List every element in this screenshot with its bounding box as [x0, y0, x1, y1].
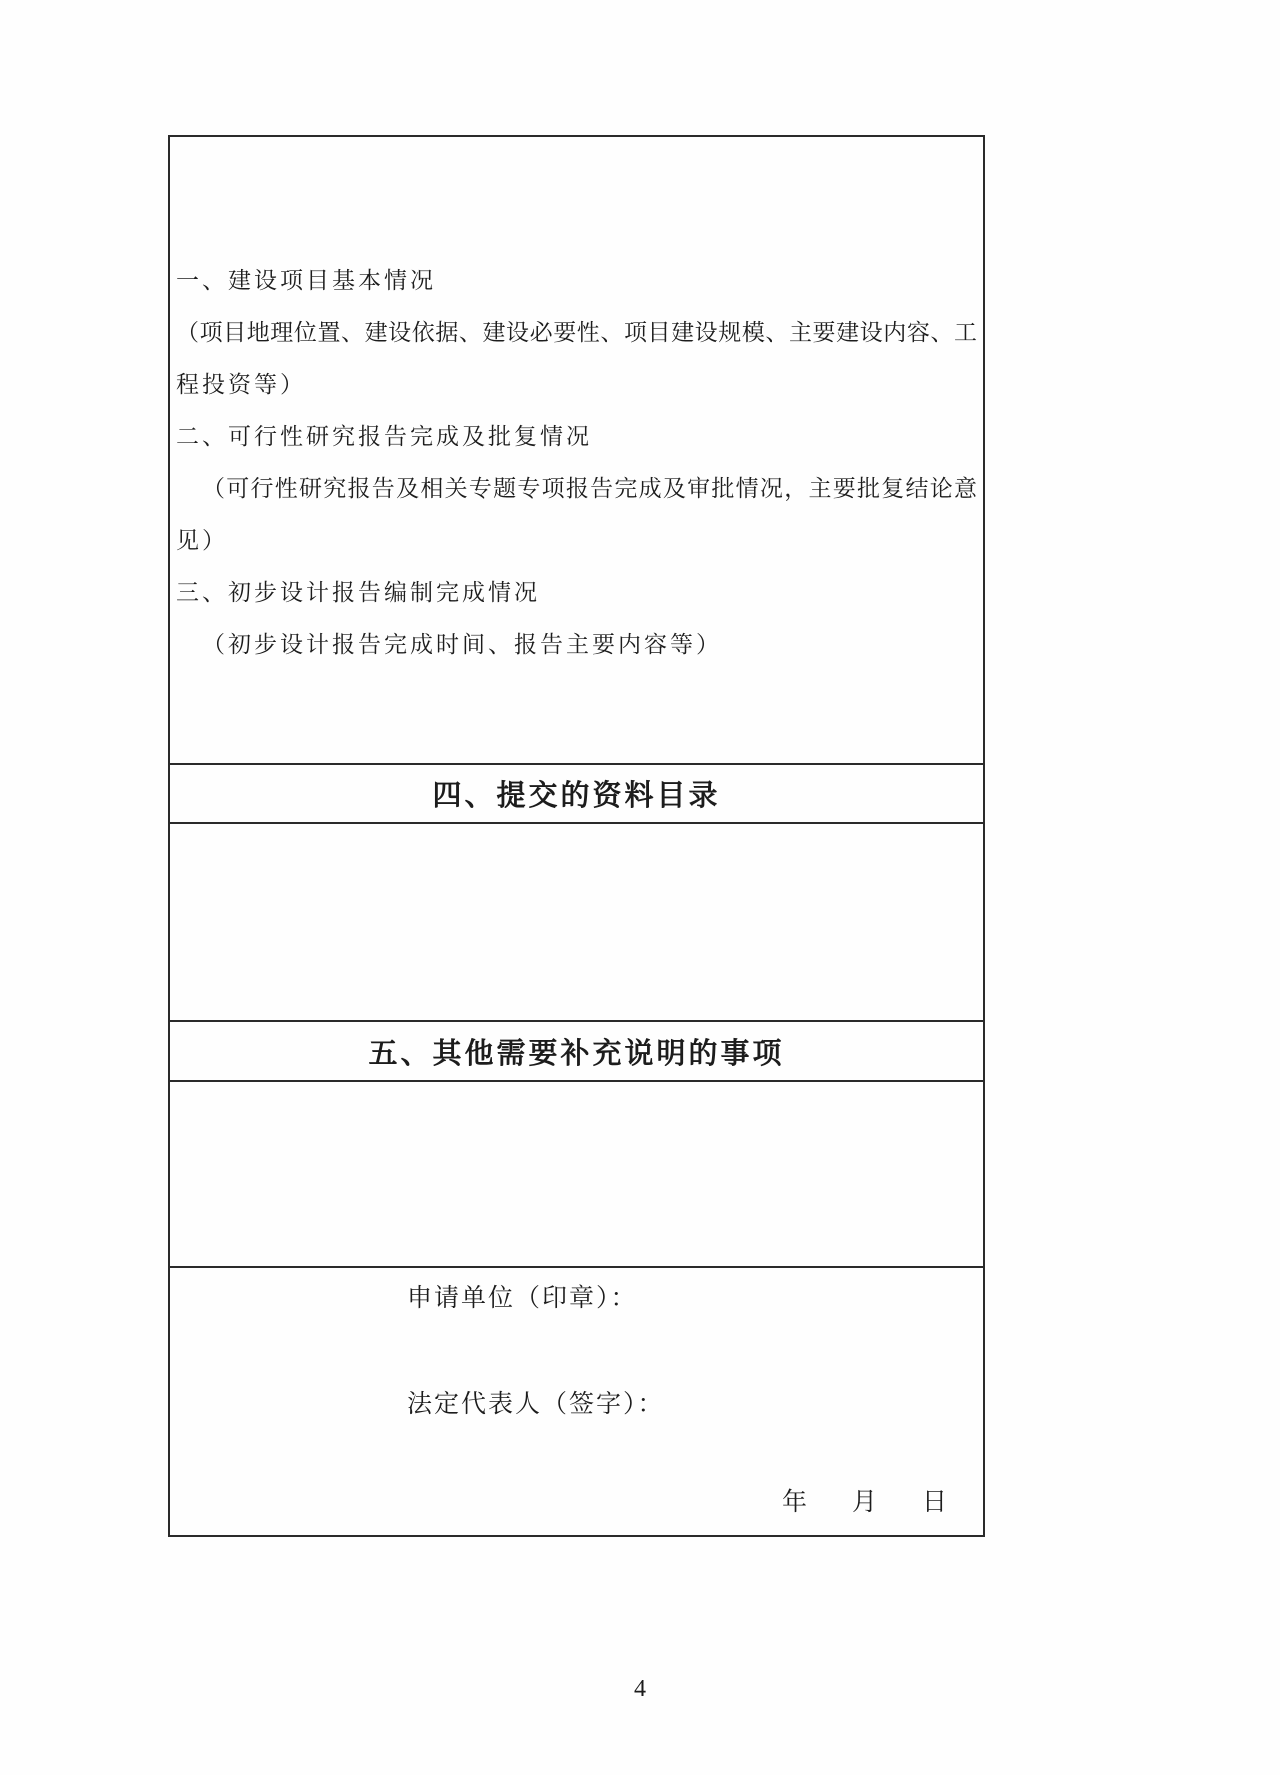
section2-note-line1: （可行性研究报告及相关专题专项报告完成及审批情况，主要批复结论意: [176, 463, 977, 515]
date-line: 年 月 日: [407, 1486, 975, 1520]
section4-header-row: 四、提交的资料目录: [170, 765, 983, 824]
supplementary-notes-cell: [170, 1082, 983, 1268]
signature-cell: 申请单位（印章）： 法定代表人（签字）： 年 月 日: [170, 1268, 983, 1535]
application-form-table: 一、建设项目基本情况 （项目地理位置、建设依据、建设必要性、项目建设规模、主要建…: [168, 135, 985, 1537]
legal-representative-label: 法定代表人（签字）：: [407, 1388, 975, 1422]
section4-header-title: 四、提交的资料目录: [432, 773, 720, 814]
section1-note-line2: 程投资等）: [176, 359, 977, 411]
document-page: 一、建设项目基本情况 （项目地理位置、建设依据、建设必要性、项目建设规模、主要建…: [0, 0, 1280, 1775]
materials-list-cell: [170, 824, 983, 1022]
section5-header-title: 五、其他需要补充说明的事项: [368, 1031, 784, 1072]
section3-title: 三、初步设计报告编制完成情况: [176, 567, 977, 619]
section3-note: （初步设计报告完成时间、报告主要内容等）: [176, 619, 977, 671]
section5-header-row: 五、其他需要补充说明的事项: [170, 1022, 983, 1082]
applicant-seal-label: 申请单位（印章）：: [407, 1282, 975, 1316]
project-overview-cell: 一、建设项目基本情况 （项目地理位置、建设依据、建设必要性、项目建设规模、主要建…: [170, 137, 983, 765]
section2-note-line2: 见）: [176, 515, 977, 567]
section2-title: 二、可行性研究报告完成及批复情况: [176, 411, 977, 463]
section1-title: 一、建设项目基本情况: [176, 255, 977, 307]
page-number: 4: [0, 1676, 1280, 1703]
section1-note-line1: （项目地理位置、建设依据、建设必要性、项目建设规模、主要建设内容、工: [176, 307, 977, 359]
